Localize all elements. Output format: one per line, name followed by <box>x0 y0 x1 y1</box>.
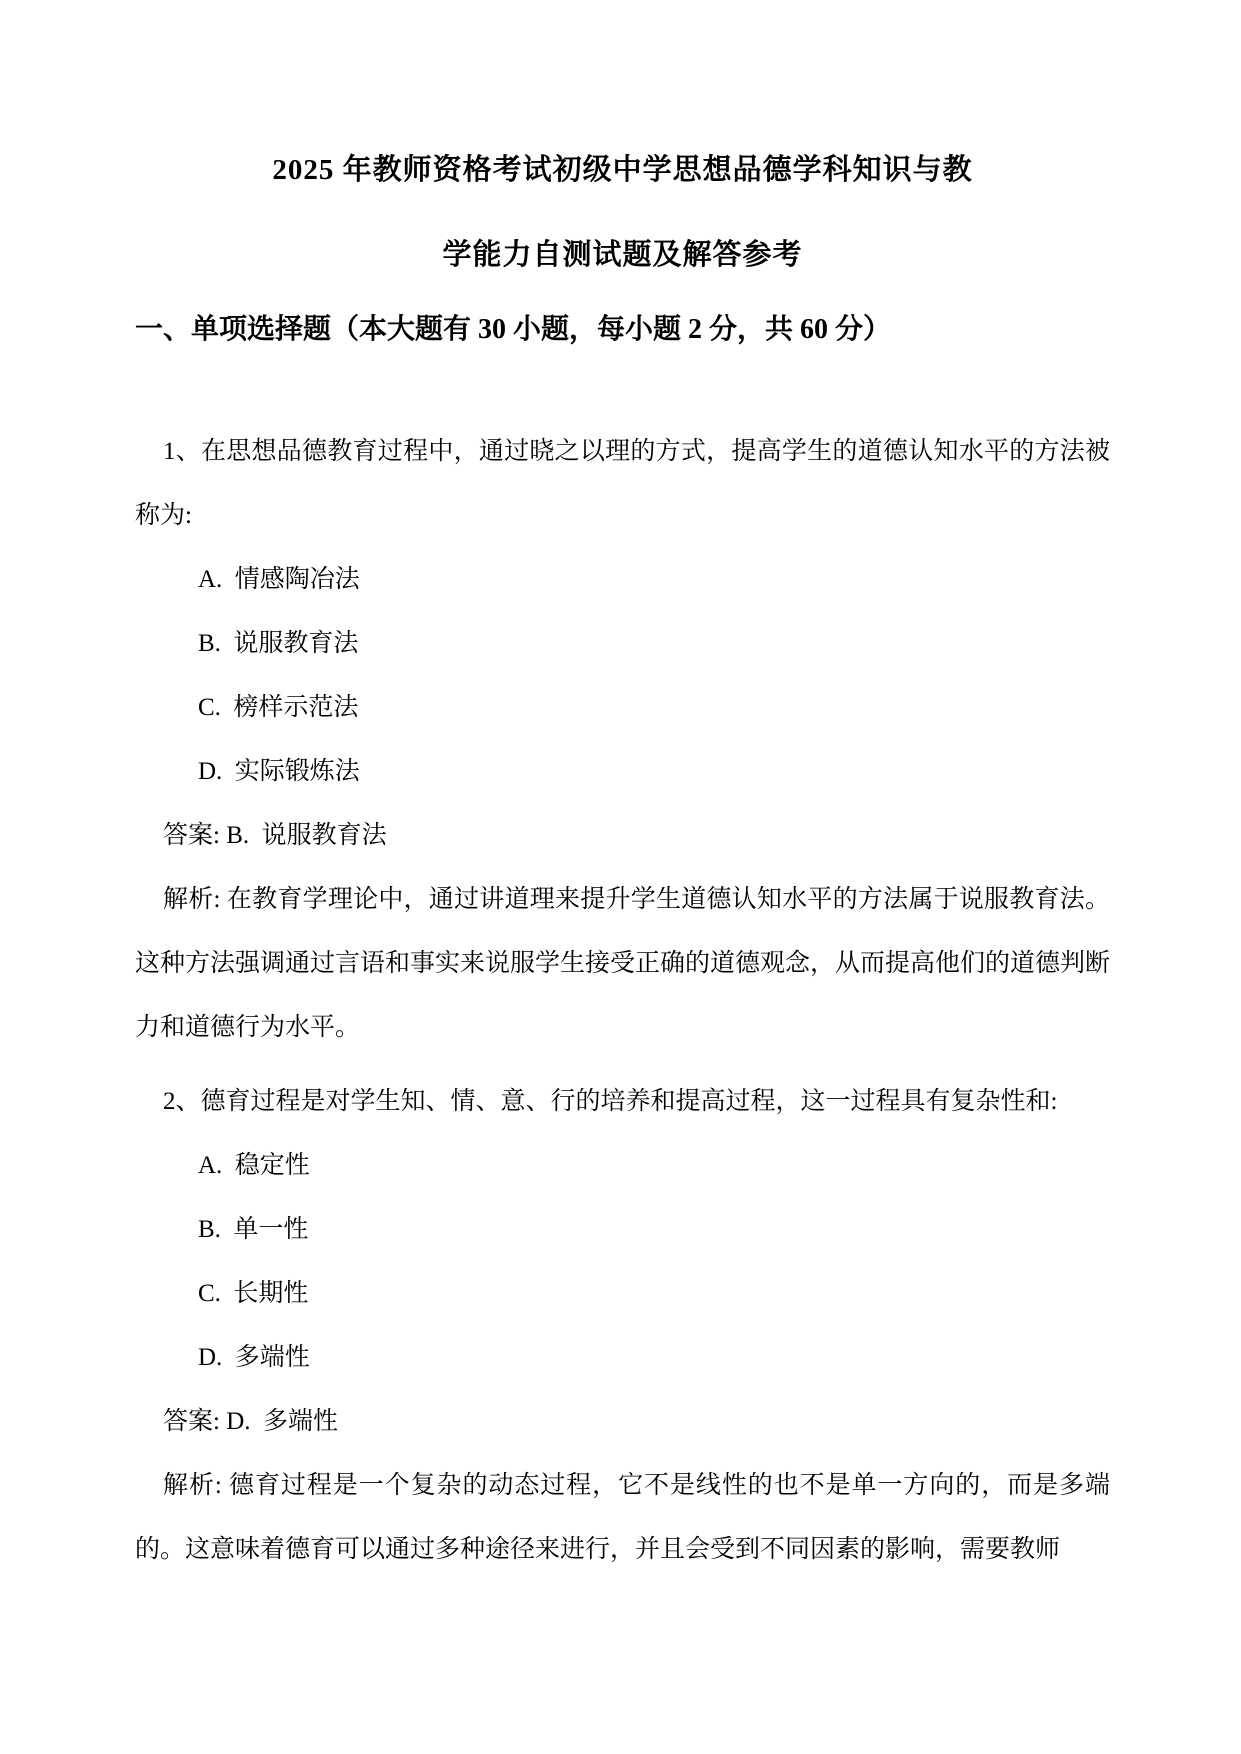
question-1-option-d: D. 实际锻炼法 <box>198 740 1110 804</box>
section-heading: 一、单项选择题（本大题有 30 小题，每小题 2 分，共 60 分） <box>135 298 1110 362</box>
question-2-analysis: 解析: 德育过程是一个复杂的动态过程，它不是线性的也不是单一方向的，而是多端的。… <box>135 1454 1110 1582</box>
question-2: 2、德育过程是对学生知、情、意、行的培养和提高过程，这一过程具有复杂性和: A.… <box>135 1070 1110 1582</box>
doc-title-line2: 学能力自测试题及解答参考 <box>135 213 1110 298</box>
question-1: 1、在思想品德教育过程中，通过晓之以理的方式，提高学生的道德认知水平的方法被称为… <box>135 420 1110 1060</box>
doc-title-line1: 2025 年教师资格考试初级中学思想品德学科知识与教 <box>135 128 1110 213</box>
question-1-option-b: B. 说服教育法 <box>198 612 1110 676</box>
question-1-option-c: C. 榜样示范法 <box>198 676 1110 740</box>
question-2-option-a: A. 稳定性 <box>198 1134 1110 1198</box>
question-2-option-d: D. 多端性 <box>198 1326 1110 1390</box>
question-2-option-c: C. 长期性 <box>198 1262 1110 1326</box>
question-1-analysis: 解析: 在教育学理论中，通过讲道理来提升学生道德认知水平的方法属于说服教育法。这… <box>135 868 1110 1060</box>
question-1-stem: 1、在思想品德教育过程中，通过晓之以理的方式，提高学生的道德认知水平的方法被称为… <box>135 420 1110 548</box>
question-1-answer: 答案: B. 说服教育法 <box>135 804 1110 868</box>
question-1-option-a: A. 情感陶冶法 <box>198 548 1110 612</box>
question-2-stem: 2、德育过程是对学生知、情、意、行的培养和提高过程，这一过程具有复杂性和: <box>135 1070 1110 1134</box>
question-2-answer: 答案: D. 多端性 <box>135 1390 1110 1454</box>
question-2-option-b: B. 单一性 <box>198 1198 1110 1262</box>
doc-title: 2025 年教师资格考试初级中学思想品德学科知识与教 学能力自测试题及解答参考 <box>135 128 1110 298</box>
document-page: 2025 年教师资格考试初级中学思想品德学科知识与教 学能力自测试题及解答参考 … <box>0 0 1241 1754</box>
